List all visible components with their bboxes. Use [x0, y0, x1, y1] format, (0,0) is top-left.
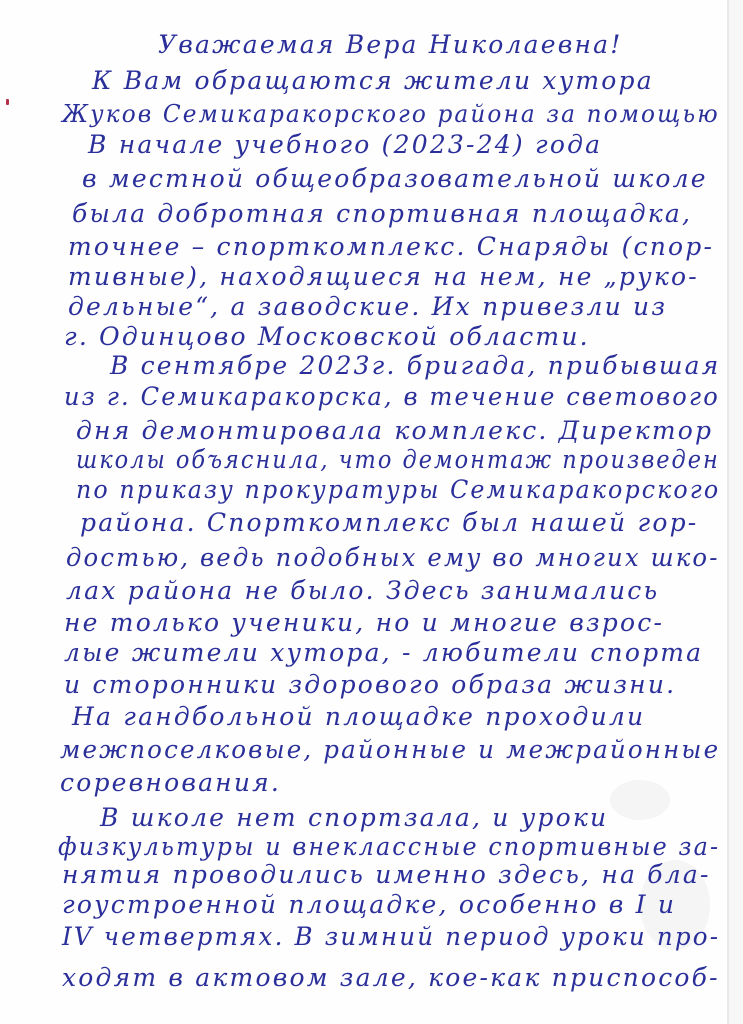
letter-paper: Уважаемая Вера Николаевна!К Вам обращают… — [0, 0, 727, 1024]
handwritten-line: точнее – спорткомплекс. Снаряды (спор- — [68, 234, 714, 259]
handwritten-line: не только ученики, но и многие взрос- — [64, 610, 664, 635]
handwritten-line: На гандбольной площадке проходили — [72, 704, 645, 729]
scan-margin — [729, 0, 743, 1024]
handwritten-line: достью, ведь подобных ему во многих шко- — [66, 545, 720, 570]
handwritten-line: лые жители хутора, - любители спорта — [64, 640, 703, 665]
handwritten-line: дня демонтировала комплекс. Директор — [76, 418, 713, 443]
handwritten-line: гоустроенной площадке, особенно в I и — [62, 892, 676, 917]
handwritten-line: района. Спорткомплекс был нашей гор- — [80, 510, 698, 535]
handwritten-line: из г. Семикаракорска, в течение световог… — [64, 384, 720, 409]
handwritten-line: в местной общеобразовательной школе — [82, 166, 708, 191]
handwritten-line: В начале учебного (2023-24) года — [88, 132, 602, 157]
handwritten-line: дельные“, а заводские. Их привезли из — [68, 294, 667, 319]
handwritten-line: и сторонники здорового образа жизни. — [64, 672, 676, 697]
handwritten-line: тивные), находящиеся на нем, не „руко- — [68, 264, 699, 289]
handwritten-line: В сентябре 2023г. бригада, прибывшая — [110, 353, 720, 378]
handwritten-line: соревнования. — [60, 770, 281, 795]
handwritten-line: К Вам обращаются жители хутора — [92, 68, 654, 93]
bleed-through-mark — [610, 780, 670, 820]
handwritten-line: В школе нет спортзала, и уроки — [100, 805, 608, 830]
scanned-page: Уважаемая Вера Николаевна!К Вам обращают… — [0, 0, 743, 1024]
handwritten-line: Жуков Семикаракорского района за помощью — [62, 102, 720, 126]
handwritten-line: была добротная спортивная площадка, — [72, 201, 692, 226]
handwritten-line: Уважаемая Вера Николаевна! — [158, 32, 622, 57]
handwritten-line: нятия проводились именно здесь, на бла- — [62, 862, 711, 887]
handwritten-line: ходят в актовом зале, кое-как приспособ- — [62, 965, 720, 990]
handwritten-line: школы объяснила, что демонтаж произведен — [76, 447, 720, 472]
handwritten-line: лах района не было. Здесь занимались — [66, 578, 659, 603]
handwritten-line: по приказу прокуратуры Семикаракорского — [76, 477, 720, 502]
handwritten-line: межпоселковые, районные и межрайонные — [60, 737, 720, 762]
handwritten-line: г. Одинцово Московской области. — [64, 324, 590, 349]
handwritten-line: IV четвертях. В зимний период уроки про- — [62, 924, 720, 949]
red-ink-mark — [6, 99, 9, 105]
handwritten-line: физкультуры и внеклассные спортивные за- — [58, 834, 720, 859]
